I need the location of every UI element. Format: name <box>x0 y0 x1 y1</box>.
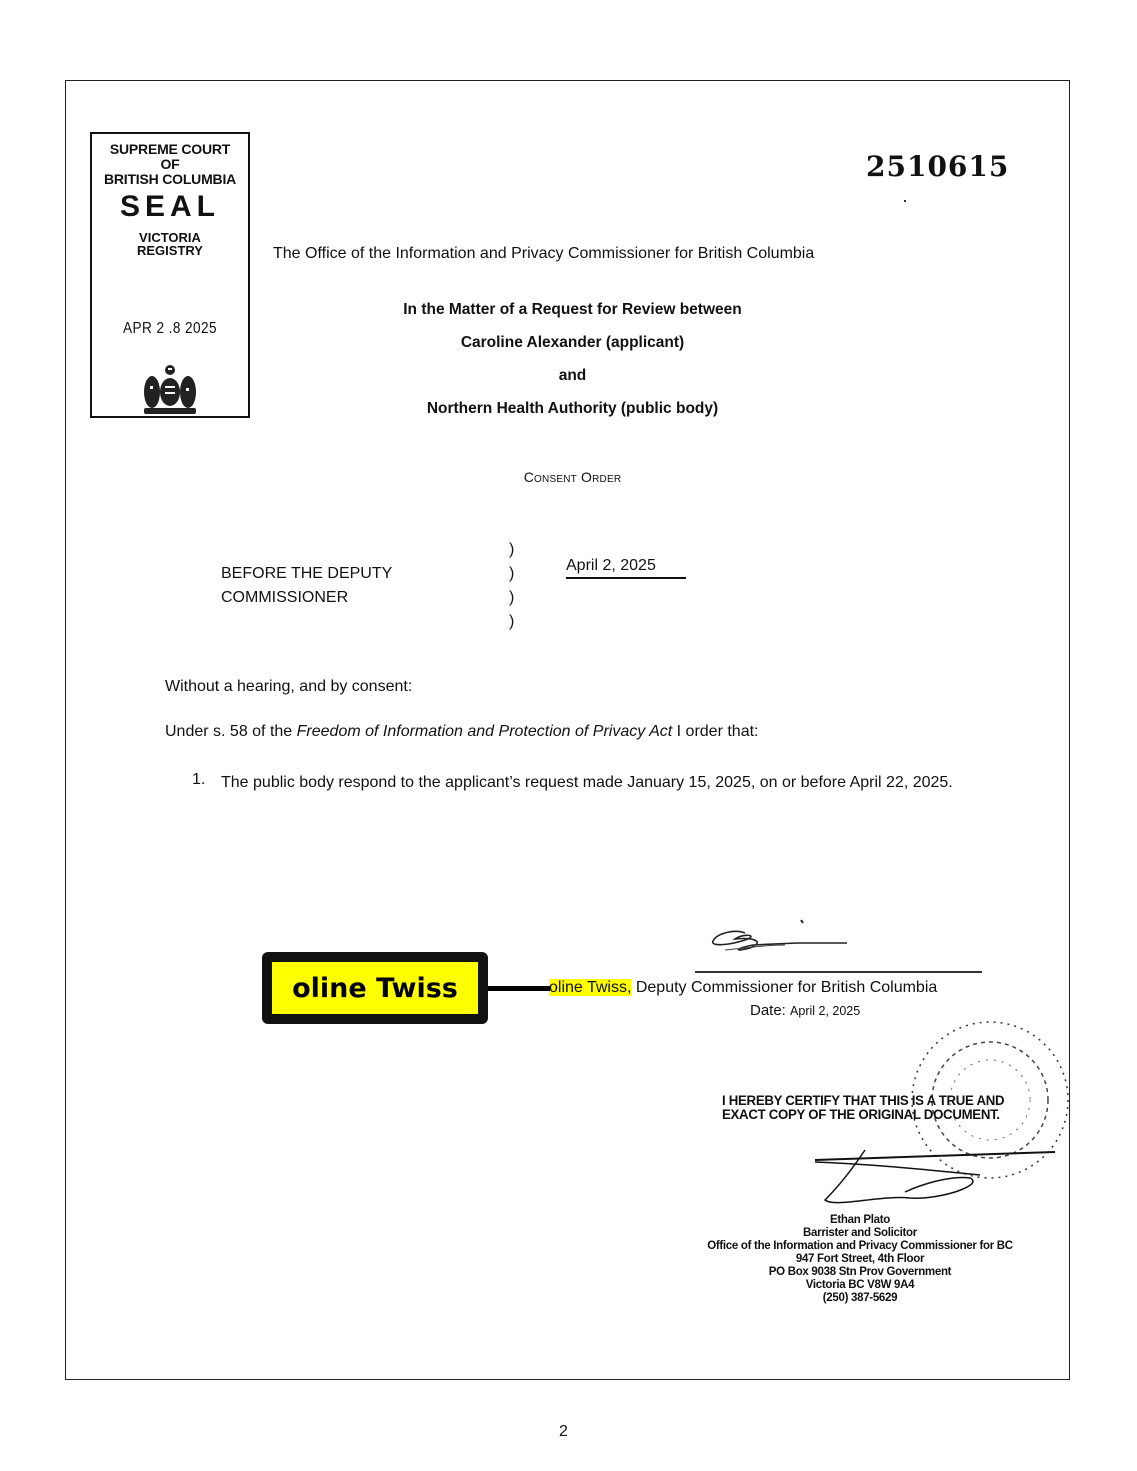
stray-mark <box>904 200 906 202</box>
bracket: ) <box>509 610 514 634</box>
signatory-title: Deputy Commissioner for British Columbia <box>631 979 937 996</box>
signatory-line: oline Twiss, Deputy Commissioner for Bri… <box>549 979 937 997</box>
seal-title: SEAL <box>92 191 248 223</box>
certifier-address-1: 947 Fort Street, 4th Floor <box>690 1253 1030 1266</box>
signature-date: Date: April 2, 2025 <box>750 1002 860 1019</box>
order-date: April 2, 2025 <box>566 557 686 579</box>
seal-line-1: SUPREME COURT <box>92 142 248 157</box>
certifier-address-2: PO Box 9038 Stn Prov Government <box>690 1266 1030 1279</box>
bracket: ) <box>509 538 514 562</box>
seal-filed-date: APR 2 .8 2025 <box>104 320 237 338</box>
commissioner-signature-icon <box>705 915 855 960</box>
seal-line-2: OF <box>92 157 248 172</box>
date-label: Date: <box>750 1002 790 1019</box>
highlighted-signatory-name: oline Twiss, <box>549 979 631 996</box>
annotation-connector-line <box>488 986 550 991</box>
certifier-name: Ethan Plato <box>690 1214 1030 1227</box>
matter-line-1: In the Matter of a Request for Review be… <box>300 301 845 319</box>
order-authority-statement: Under s. 58 of the Freedom of Informatio… <box>165 723 758 741</box>
court-file-number: 2510615 <box>866 150 1009 183</box>
act-name: Freedom of Information and Protection of… <box>297 723 673 740</box>
order-item-text: The public body respond to the applicant… <box>221 771 991 794</box>
certifier-title: Barrister and Solicitor <box>690 1227 1030 1240</box>
page-number: 2 <box>559 1423 568 1441</box>
order-title: Consent Order <box>400 469 745 485</box>
certifier-contact-block: Ethan Plato Barrister and Solicitor Offi… <box>690 1214 1030 1305</box>
office-heading: The Office of the Information and Privac… <box>273 245 814 263</box>
bracket: ) <box>509 586 514 610</box>
before-line-2: COMMISSIONER <box>221 586 392 610</box>
certifier-office: Office of the Information and Privacy Co… <box>690 1240 1030 1253</box>
court-seal-stamp: SUPREME COURT OF BRITISH COLUMBIA SEAL V… <box>90 132 250 418</box>
authority-suffix: I order that: <box>672 723 758 740</box>
certifier-address-3: Victoria BC V8W 9A4 <box>690 1279 1030 1292</box>
seal-line-3: BRITISH COLUMBIA <box>92 172 248 187</box>
annotation-callout: oline Twiss <box>262 952 488 1024</box>
annotation-callout-label: oline Twiss <box>272 962 478 1014</box>
consent-statement: Without a hearing, and by consent: <box>165 678 412 696</box>
certifier-signature-icon <box>810 1140 1060 1215</box>
and-line: and <box>300 367 845 385</box>
authority-prefix: Under s. 58 of the <box>165 723 297 740</box>
public-body-line: Northern Health Authority (public body) <box>300 400 845 418</box>
before-line-1: BEFORE THE DEPUTY <box>221 562 392 586</box>
bracket: ) <box>509 562 514 586</box>
certifier-phone: (250) 387-5629 <box>690 1292 1030 1305</box>
certification-line-1: I HEREBY CERTIFY THAT THIS IS A TRUE AND <box>722 1094 1004 1108</box>
before-commissioner-block: BEFORE THE DEPUTY COMMISSIONER <box>221 562 392 610</box>
coat-of-arms-icon <box>138 362 202 416</box>
order-item-number: 1. <box>192 771 205 789</box>
signature-line <box>695 971 982 973</box>
certification-line-2: EXACT COPY OF THE ORIGINAL DOCUMENT. <box>722 1108 1004 1122</box>
seal-registry-2: REGISTRY <box>92 244 248 257</box>
bracket-column: ) ) ) ) <box>509 538 514 634</box>
applicant-line: Caroline Alexander (applicant) <box>300 334 845 352</box>
certification-text: I HEREBY CERTIFY THAT THIS IS A TRUE AND… <box>722 1094 1004 1122</box>
date-value: April 2, 2025 <box>790 1004 860 1018</box>
